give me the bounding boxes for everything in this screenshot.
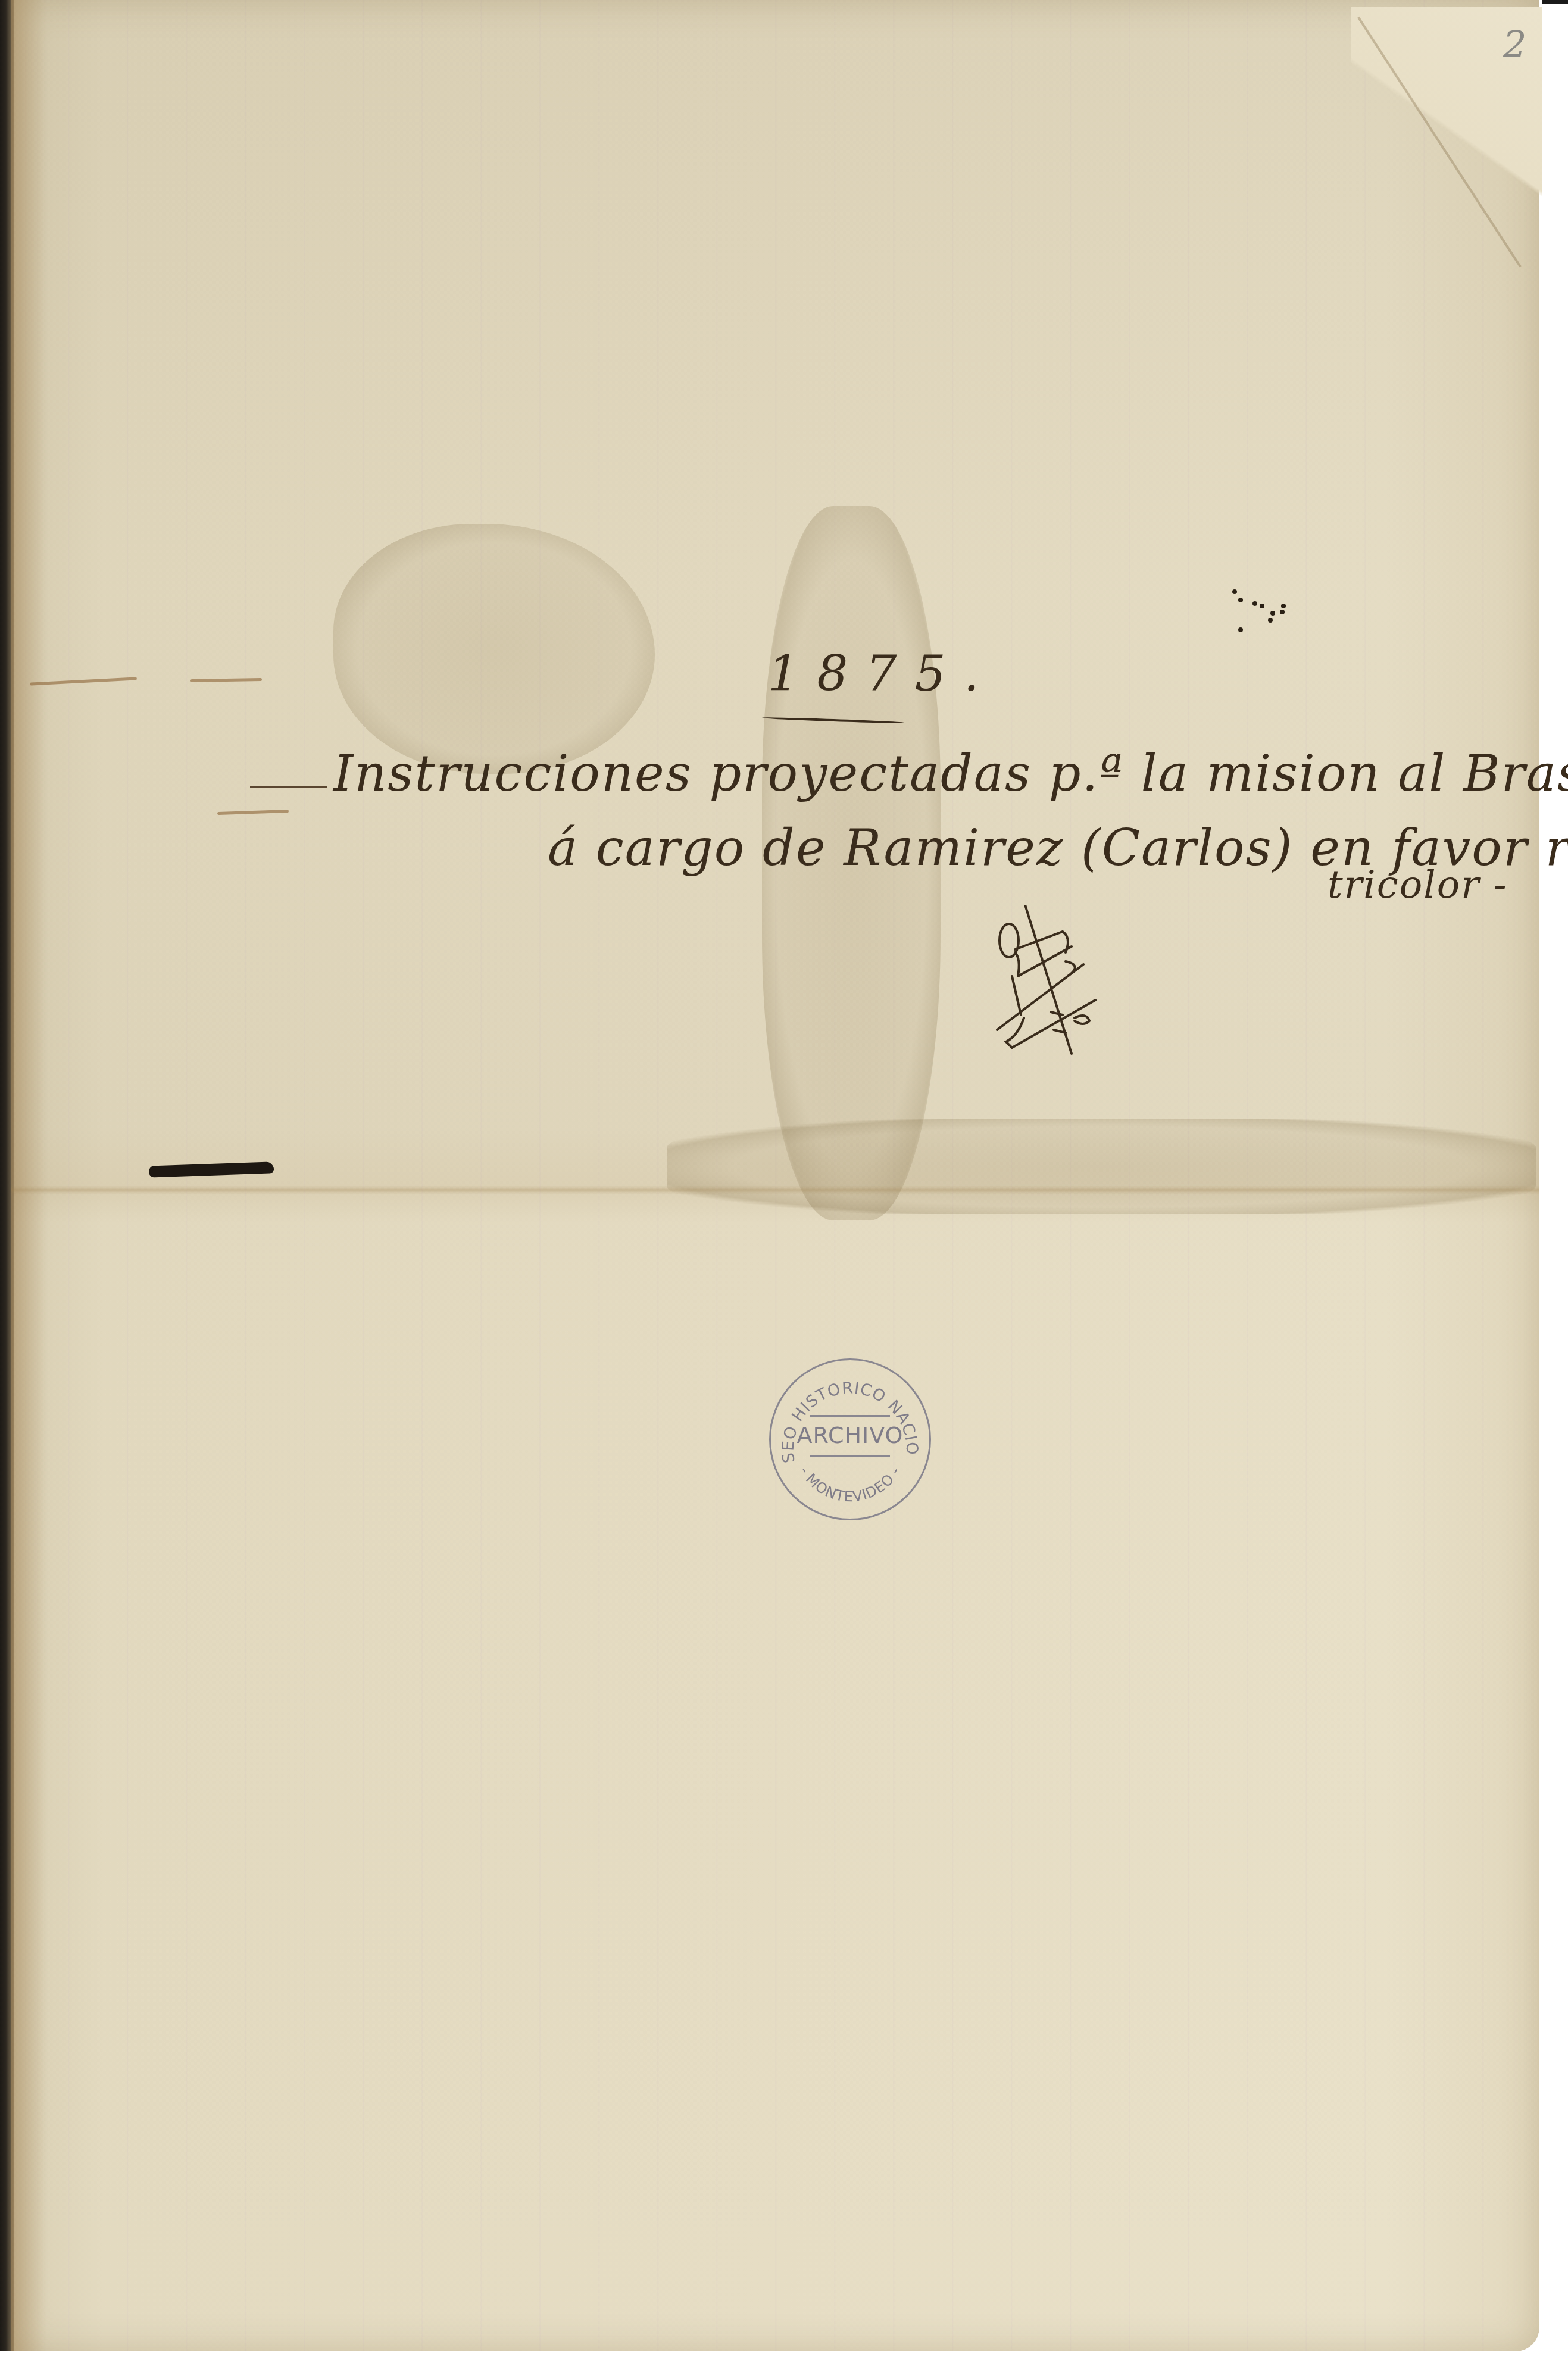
water-stain	[667, 1119, 1536, 1214]
folio-number: 2	[1503, 23, 1526, 66]
title-lead-dash	[250, 786, 327, 788]
worn-left-edge	[11, 0, 46, 2351]
archive-stamp: MUSEO HISTORICO NACIONAL - MONTEVIDEO - …	[769, 1358, 931, 1520]
svg-text:MUSEO HISTORICO NACIONAL: MUSEO HISTORICO NACIONAL	[771, 1360, 921, 1464]
stamp-rule	[810, 1455, 890, 1457]
document-year: 1875.	[768, 646, 997, 702]
svg-text:- MONTEVIDEO -: - MONTEVIDEO -	[797, 1464, 904, 1505]
signature-rubric-icon	[982, 905, 1137, 1060]
stamp-center-text: ARCHIVO	[771, 1422, 929, 1448]
stamp-rule	[810, 1415, 890, 1417]
ink-dots	[1232, 589, 1304, 637]
scan-border	[1542, 0, 1568, 4]
horizontal-fold	[11, 1186, 1539, 1194]
document-title-line-3: tricolor -	[1328, 863, 1508, 907]
document-title-line-1: Instrucciones proyectadas p.ª la mision …	[333, 744, 1568, 802]
